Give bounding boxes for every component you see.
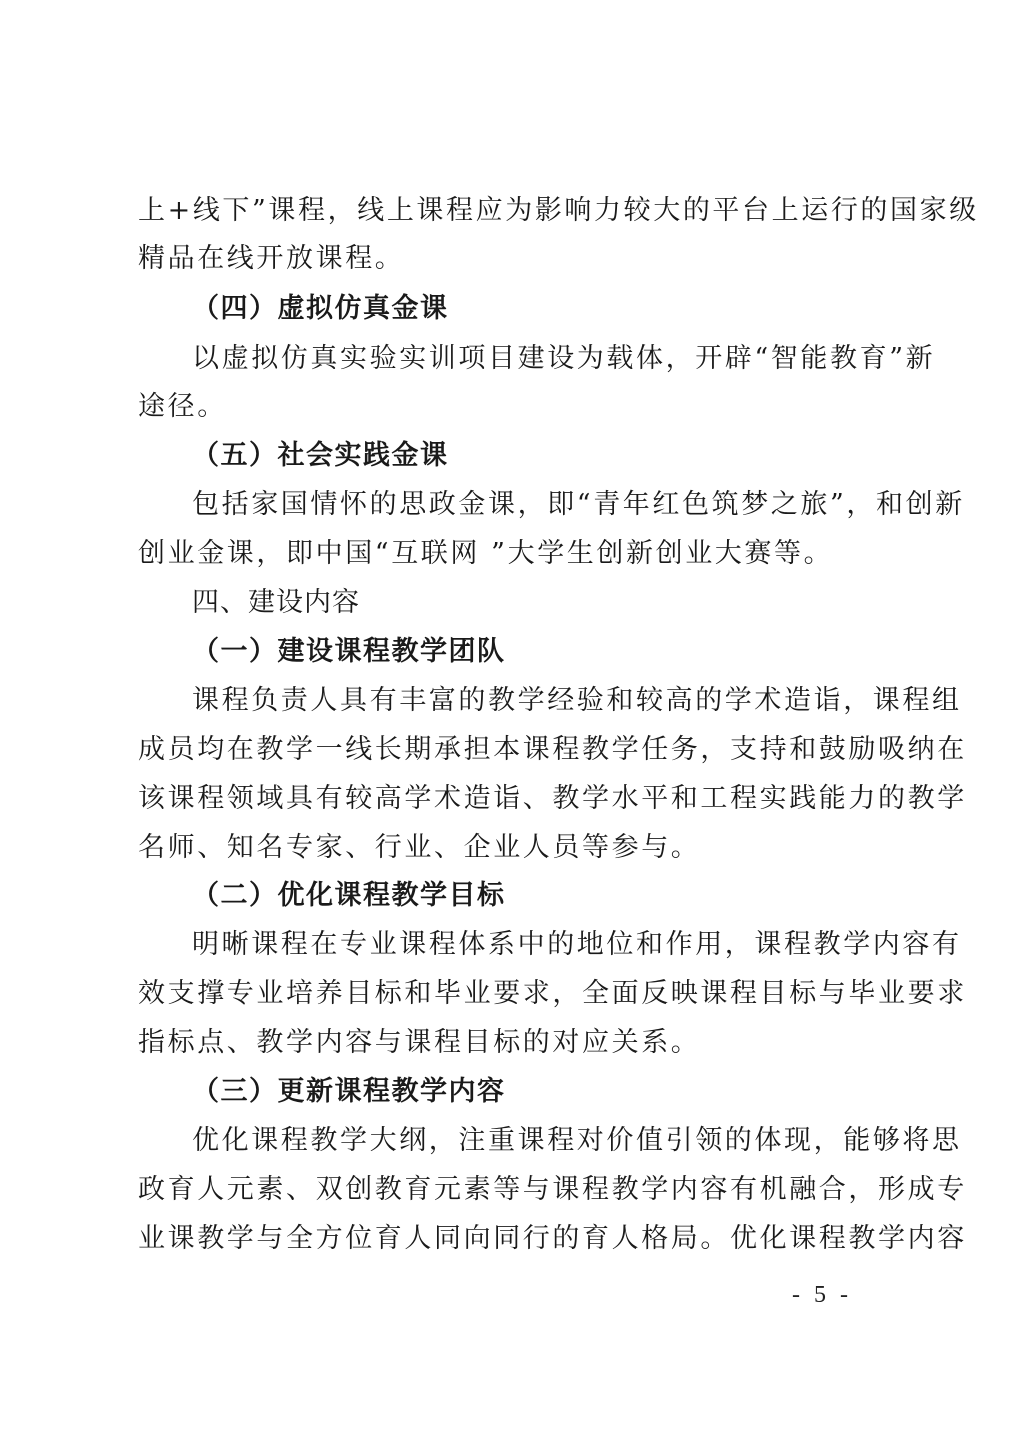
paragraph-line: 业课教学与全方位育人同向同行的育人格局。优化课程教学内容	[138, 1221, 902, 1257]
paragraph-line: 优化课程教学大纲，注重课程对价值引领的体现，能够将思	[192, 1123, 902, 1159]
paragraph-line: 名师、知名专家、行业、企业人员等参与。	[138, 830, 902, 866]
paragraph-line: 明晰课程在专业课程体系中的地位和作用，课程教学内容有	[192, 927, 902, 963]
paragraph-line: 包括家国情怀的思政金课，即“青年红色筑梦之旅”，和创新	[192, 487, 902, 523]
document-page: 上+线下”课程，线上课程应为影响力较大的平台上运行的国家级 精品在线开放课程。 …	[0, 0, 1024, 1448]
page-number: - 5 -	[792, 1280, 852, 1310]
paragraph-line: 创业金课，即中国“互联网 ”大学生创新创业大赛等。	[138, 536, 902, 572]
paragraph-line: 指标点、教学内容与课程目标的对应关系。	[138, 1025, 902, 1061]
paragraph-line: 途径。	[138, 389, 902, 425]
paragraph-line: 课程负责人具有丰富的教学经验和较高的学术造诣，课程组	[192, 683, 902, 719]
subsection-heading-virtual-simulation: （四）虚拟仿真金课	[192, 291, 956, 327]
paragraph-line: 效支撑专业培养目标和毕业要求，全面反映课程目标与毕业要求	[138, 976, 902, 1012]
paragraph-line: 该课程领域具有较高学术造诣、教学水平和工程实践能力的教学	[138, 781, 902, 817]
subsection-heading-social-practice: （五）社会实践金课	[192, 438, 956, 474]
paragraph-line: 精品在线开放课程。	[138, 241, 902, 277]
subsection-heading-teaching-objectives: （二）优化课程教学目标	[192, 878, 956, 914]
section-heading-construction-content: 四、建设内容	[192, 585, 956, 621]
paragraph-line: 成员均在教学一线长期承担本课程教学任务，支持和鼓励吸纳在	[138, 732, 902, 768]
paragraph-line: 以虚拟仿真实验实训项目建设为载体，开辟“智能教育”新	[192, 341, 902, 377]
subsection-heading-teaching-content: （三）更新课程教学内容	[192, 1074, 956, 1110]
paragraph-line: 政育人元素、双创教育元素等与课程教学内容有机融合，形成专	[138, 1172, 902, 1208]
subsection-heading-teaching-team: （一）建设课程教学团队	[192, 634, 956, 670]
paragraph-line: 上+线下”课程，线上课程应为影响力较大的平台上运行的国家级	[138, 193, 902, 229]
